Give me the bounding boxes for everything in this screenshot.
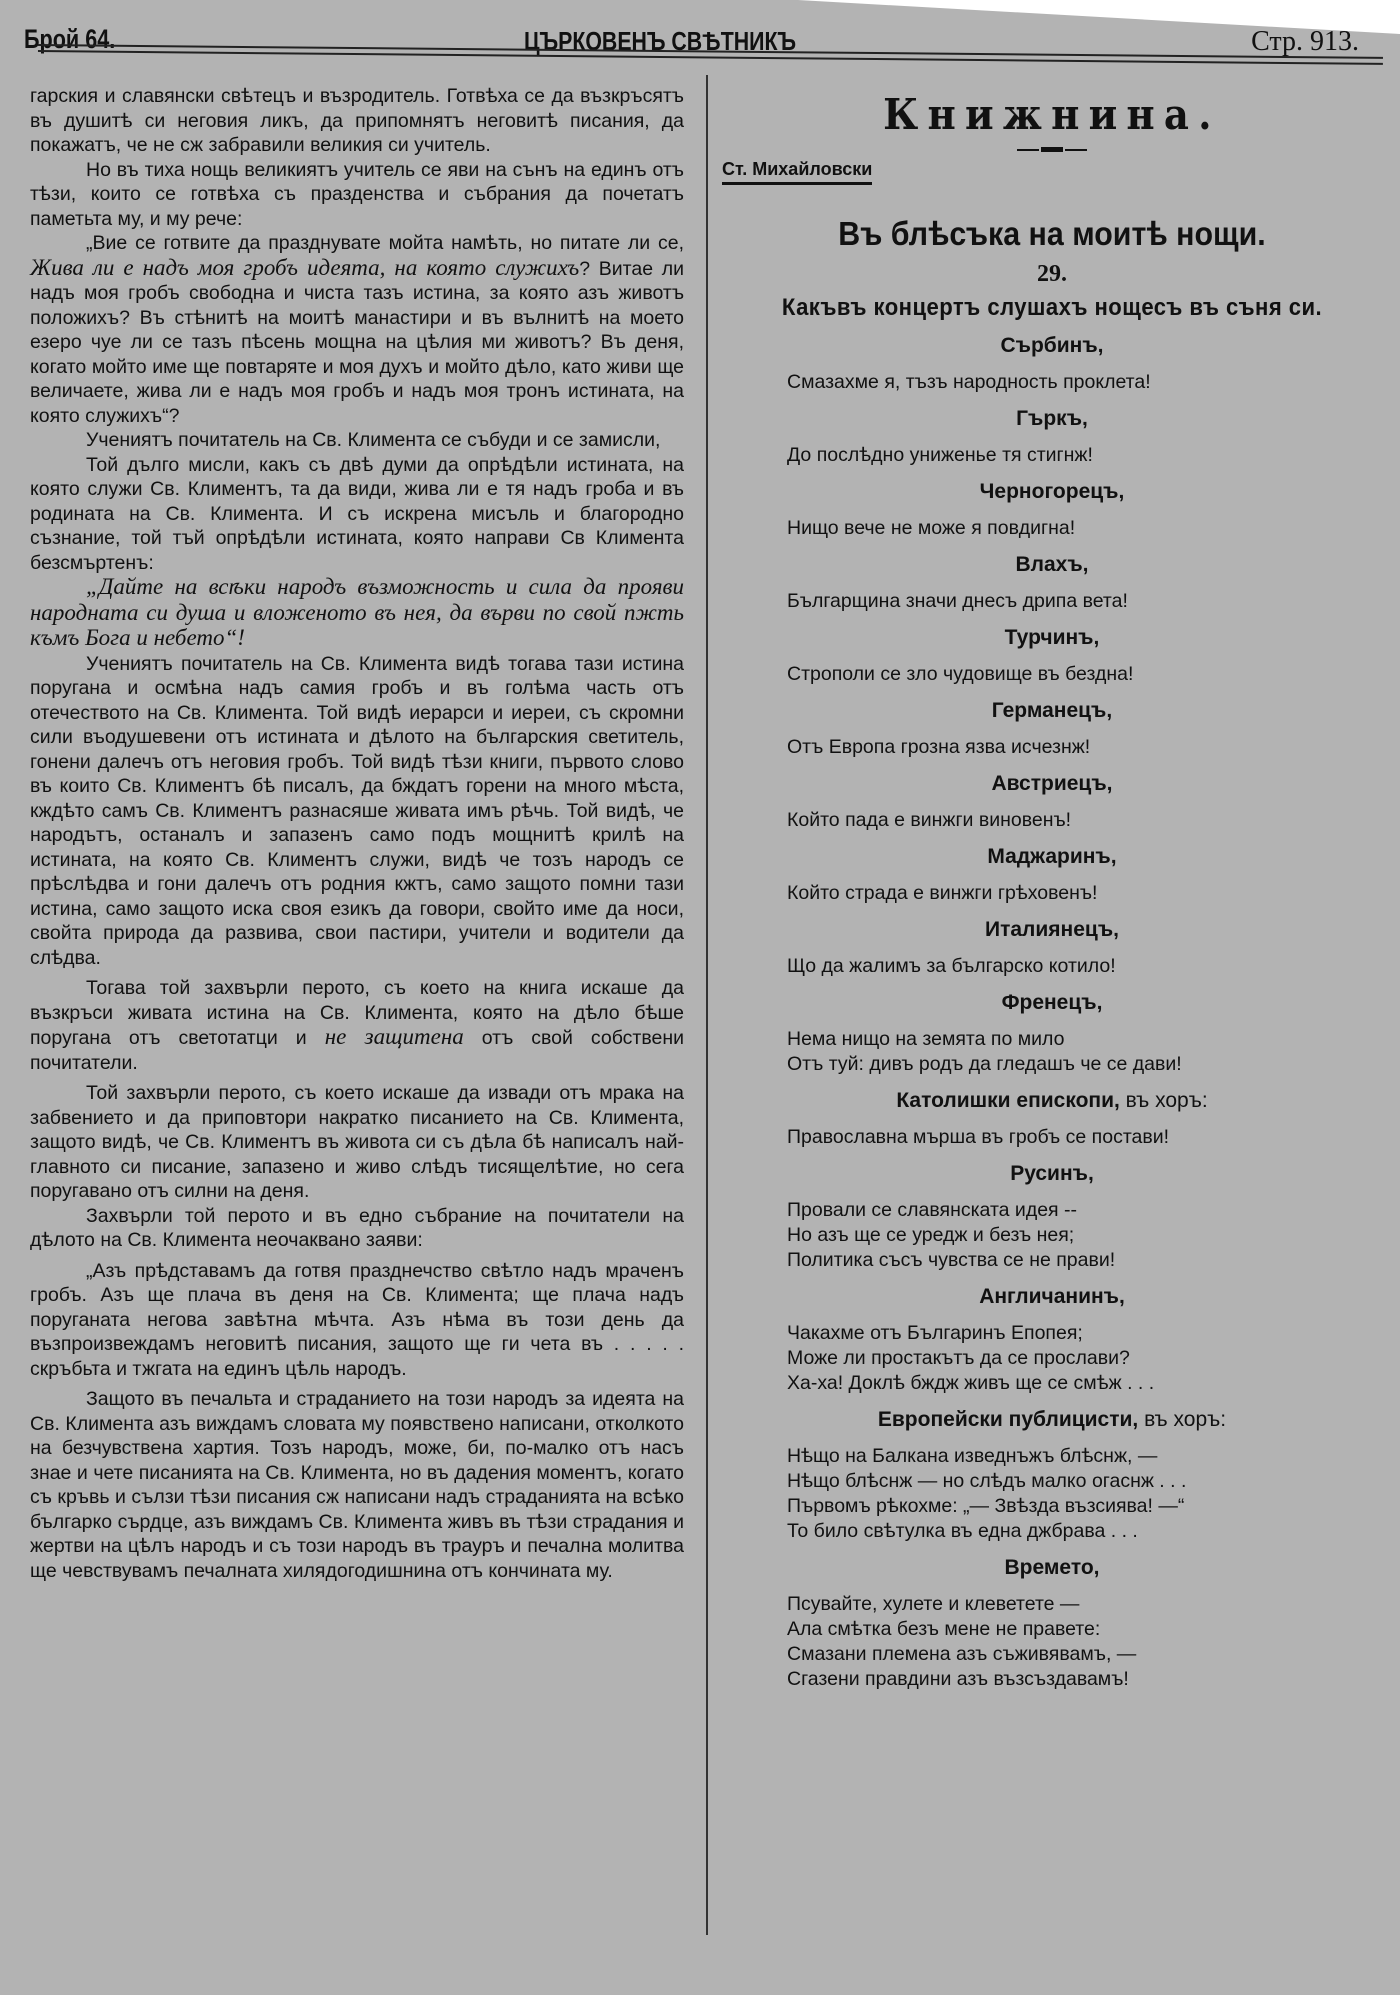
stanza: Германецъ,Отъ Европа грозна язва исчезнж… — [722, 699, 1382, 760]
stanza-speaker: Русинъ, — [722, 1162, 1382, 1186]
verse-line: Българщина значи днесъ дрипа вета! — [722, 589, 1382, 614]
stanza-speaker: Маджаринъ, — [722, 845, 1382, 869]
stanza: Австриецъ,Който пада е винжги виновенъ! — [722, 772, 1382, 833]
paragraph: гарския и славянски свѣтецъ и възродител… — [30, 84, 684, 158]
verse-line: Нищо вече не може я повдигна! — [722, 516, 1382, 541]
stanza-speaker: Австриецъ, — [722, 772, 1382, 796]
verse-line: Строполи се зло чудовище въ бездна! — [722, 662, 1382, 687]
stanza: Сърбинъ,Смазахме я, тъзъ народность прок… — [722, 334, 1382, 395]
stanza: Гъркъ,До послѣдно униженье тя стигнж! — [722, 407, 1382, 468]
stanza-speaker: Европейски публицисти, въ хоръ: — [722, 1408, 1382, 1432]
stanza-speaker: Италиянецъ, — [722, 918, 1382, 942]
paragraph: Учениятъ почитатель на Св. Климента видѣ… — [30, 652, 684, 971]
verse-line: Ха-ха! Доклѣ бждж живъ ще се смѣж . . . — [722, 1371, 1382, 1396]
verse-line: То било свѣтулка въ една джбрава . . . — [722, 1519, 1382, 1544]
verse-line: Смазахме я, тъзъ народность проклета! — [722, 370, 1382, 395]
stanza: Маджаринъ,Който страда е винжги грѣховен… — [722, 845, 1382, 906]
stanza-speaker: Черногорецъ, — [722, 480, 1382, 504]
poem-stanzas: Сърбинъ,Смазахме я, тъзъ народность прок… — [722, 334, 1382, 1692]
stanza: Европейски публицисти, въ хоръ:Нѣщо на Б… — [722, 1408, 1382, 1544]
verse-line: Сгазени правдини азъ възсъздавамъ! — [722, 1667, 1382, 1692]
poem-title: Въ блѣсъка на моитѣ нощи. — [748, 215, 1355, 253]
stanza-speaker: Влахъ, — [722, 553, 1382, 577]
author-name: Ст. Михайловски — [722, 159, 872, 185]
verse-line: Нема нищо на земята по мило — [722, 1027, 1382, 1052]
stanza-speaker: Френецъ, — [722, 991, 1382, 1015]
stanza: Влахъ,Българщина значи днесъ дрипа вета! — [722, 553, 1382, 614]
paragraph: Защото въ печальта и страданието на този… — [30, 1387, 684, 1583]
italic-quote-paragraph: „Дайте на всѣки народъ възможность и сил… — [30, 575, 684, 652]
stanza: Русинъ,Провали се славянската идея --Но … — [722, 1162, 1382, 1273]
section-title: Книжнина. — [748, 90, 1355, 139]
ornament-divider — [722, 141, 1382, 151]
left-column: гарския и славянски свѣтецъ и възродител… — [30, 84, 684, 1583]
verse-line: Но азъ ще се уредж и безъ нея; — [722, 1223, 1382, 1248]
paragraph: Тогава той захвърли перото, съ което на … — [30, 976, 684, 1075]
poem-number: 29. — [722, 261, 1382, 288]
verse-line: До послѣдно униженье тя стигнж! — [722, 443, 1382, 468]
verse-line: Смазани племена азъ съживявамъ, — — [722, 1642, 1382, 1667]
stanza-speaker: Сърбинъ, — [722, 334, 1382, 358]
stanza: Времето,Псувайте, хулете и клеветете —Ал… — [722, 1556, 1382, 1692]
stanza: Италиянецъ,Що да жалимъ за българско кот… — [722, 918, 1382, 979]
stanza: Френецъ,Нема нищо на земята по милоОтъ т… — [722, 991, 1382, 1077]
verse-line: Провали се славянската идея -- — [722, 1198, 1382, 1223]
verse-line: Първомъ рѣкохме: „— Звѣзда възсиява! —“ — [722, 1494, 1382, 1519]
stanza: Англичанинъ,Чакахме отъ Българинъ Епопея… — [722, 1285, 1382, 1396]
verse-line: Псувайте, хулете и клеветете — — [722, 1592, 1382, 1617]
italic-quote: Жива ли е надъ моя гробъ идеята, на коят… — [30, 255, 579, 280]
poem-subtitle: Какъвъ концертъ слушахъ нощесъ въ съня с… — [748, 294, 1355, 322]
verse-line: Православна мърша въ гробъ се постави! — [722, 1125, 1382, 1150]
stanza-speaker: Времето, — [722, 1556, 1382, 1580]
verse-line: Що да жалимъ за българско котило! — [722, 954, 1382, 979]
verse-line: Нѣщо на Балкана изведнъжъ блѣснж, — — [722, 1444, 1382, 1469]
paragraph: Учениятъ почитатель на Св. Климента се с… — [30, 428, 684, 453]
stanza-speaker: Англичанинъ, — [722, 1285, 1382, 1309]
verse-line: Отъ Европа грозна язва исчезнж! — [722, 735, 1382, 760]
verse-line: Политика съсъ чувства се не прави! — [722, 1248, 1382, 1273]
paragraph: „Азъ прѣдставамъ да готвя празднечство с… — [30, 1259, 684, 1382]
stanza: Католишки епископи, въ хоръ:Православна … — [722, 1089, 1382, 1150]
paragraph: Но въ тиха нощь великиятъ учитель се яви… — [30, 158, 684, 232]
verse-line: Може ли простакътъ да се прослави? — [722, 1346, 1382, 1371]
verse-line: Който пада е винжги виновенъ! — [722, 808, 1382, 833]
stanza: Черногорецъ,Нищо вече не може я повдигна… — [722, 480, 1382, 541]
stanza: Турчинъ,Строполи се зло чудовище въ безд… — [722, 626, 1382, 687]
newspaper-page: Брой 64. ЦЪРКОВЕНЪ СВѢТНИКЪ Стр. 913. га… — [0, 0, 1400, 1995]
paragraph: Захвърли той перото и въ едно събрание н… — [30, 1204, 684, 1253]
stanza-speaker: Гъркъ, — [722, 407, 1382, 431]
paragraph: Той захвърли перото, съ което искаше да … — [30, 1081, 684, 1204]
verse-line: Чакахме отъ Българинъ Епопея; — [722, 1321, 1382, 1346]
page-number: Стр. 913. — [1251, 26, 1359, 58]
right-column: Книжнина. Ст. Михайловски Въ блѣсъка на … — [722, 78, 1382, 1692]
stanza-speaker: Турчинъ, — [722, 626, 1382, 650]
column-divider — [706, 75, 708, 1935]
verse-line: Ала смѣтка безъ мене не правете: — [722, 1617, 1382, 1642]
verse-line: Нѣщо блѣснж — но слѣдъ малко огаснж . . … — [722, 1469, 1382, 1494]
quote-paragraph: „Вие се готвите да празднувате мойта нам… — [30, 231, 684, 428]
stanza-speaker: Германецъ, — [722, 699, 1382, 723]
verse-line: Отъ туй: дивъ родъ да гледашъ че се дави… — [722, 1052, 1382, 1077]
paragraph: Той дълго мисли, какъ съ двѣ думи да опр… — [30, 453, 684, 576]
stanza-speaker: Католишки епископи, въ хоръ: — [722, 1089, 1382, 1113]
verse-line: Който страда е винжги грѣховенъ! — [722, 881, 1382, 906]
